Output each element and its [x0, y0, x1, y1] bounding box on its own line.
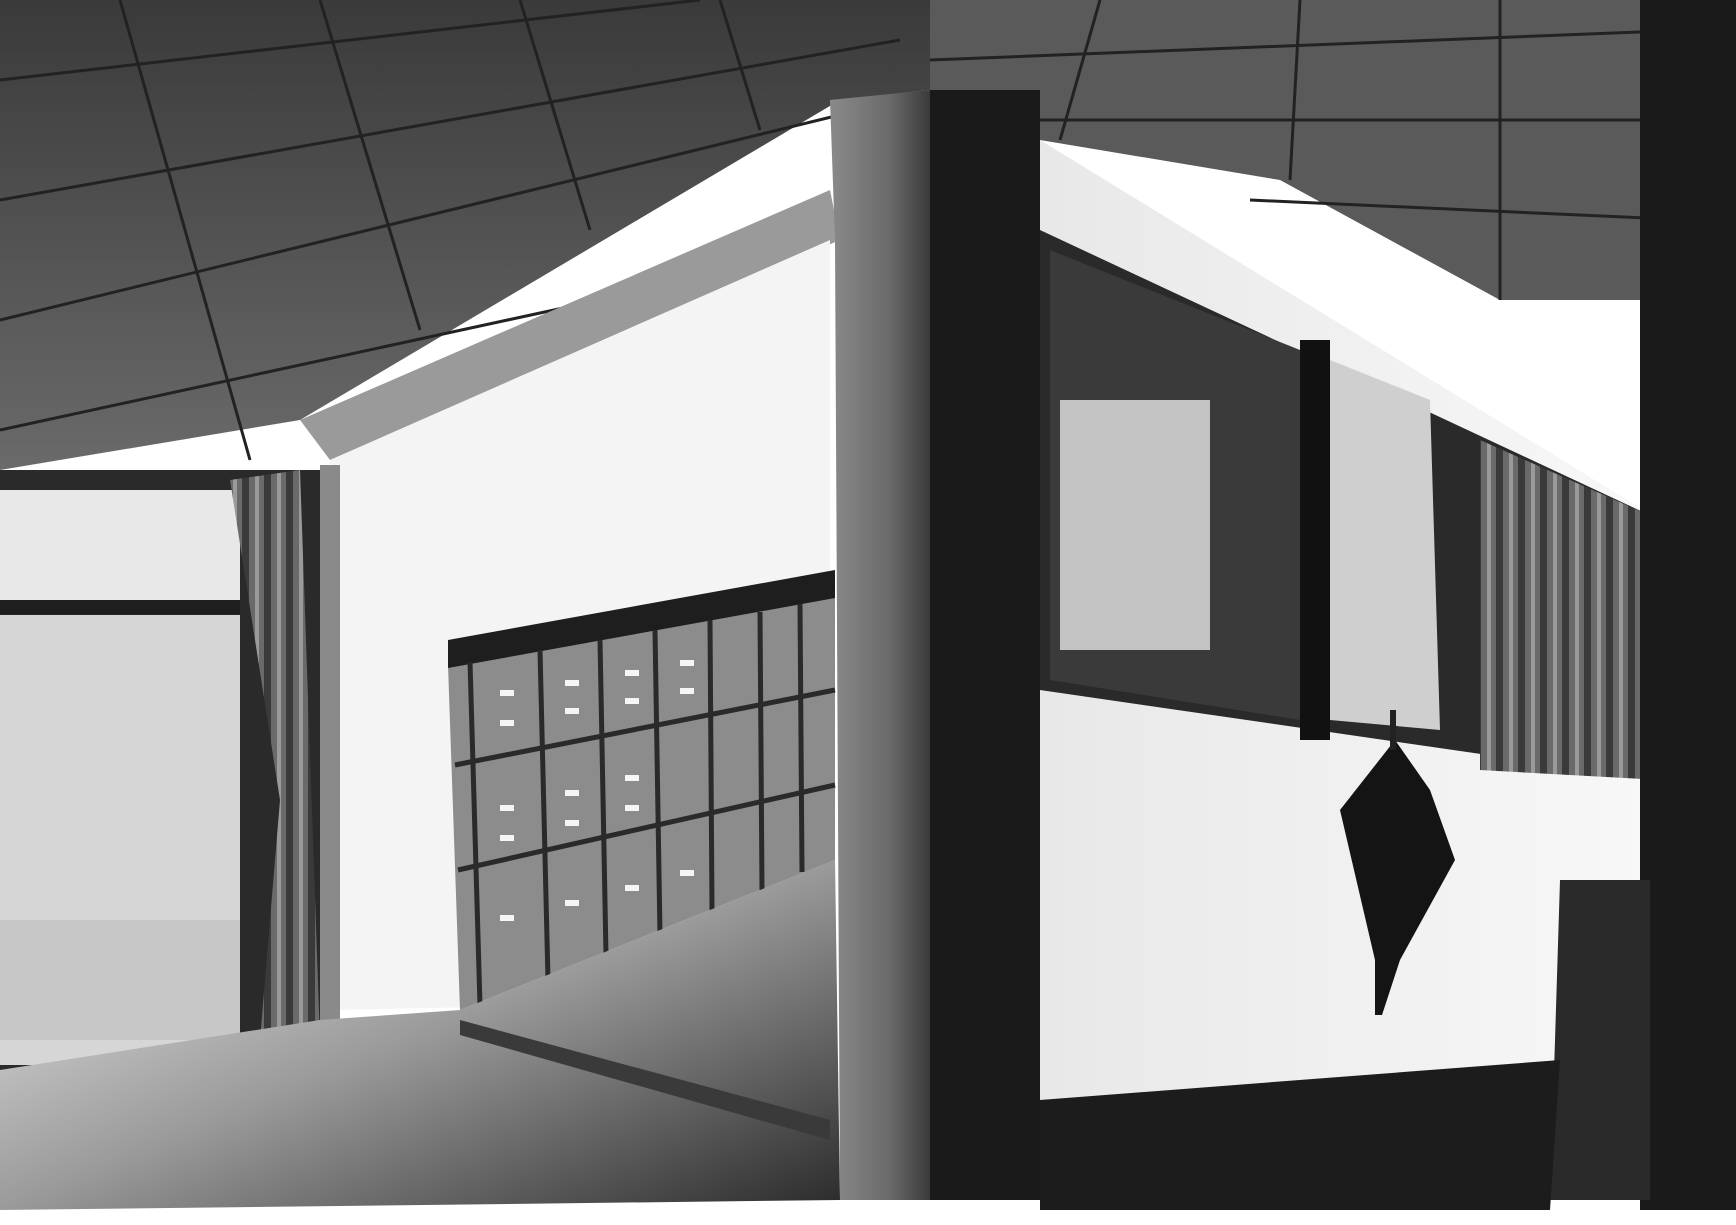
photograph — [0, 0, 1736, 1225]
left-window-with-curtain — [0, 470, 320, 1070]
photo-border — [0, 1210, 1736, 1225]
pillar-shadow-side — [930, 90, 1040, 1200]
right-cabinet — [1550, 880, 1650, 1200]
central-concrete-pillar — [830, 90, 930, 1200]
right-dark-pillar — [1640, 0, 1736, 1210]
